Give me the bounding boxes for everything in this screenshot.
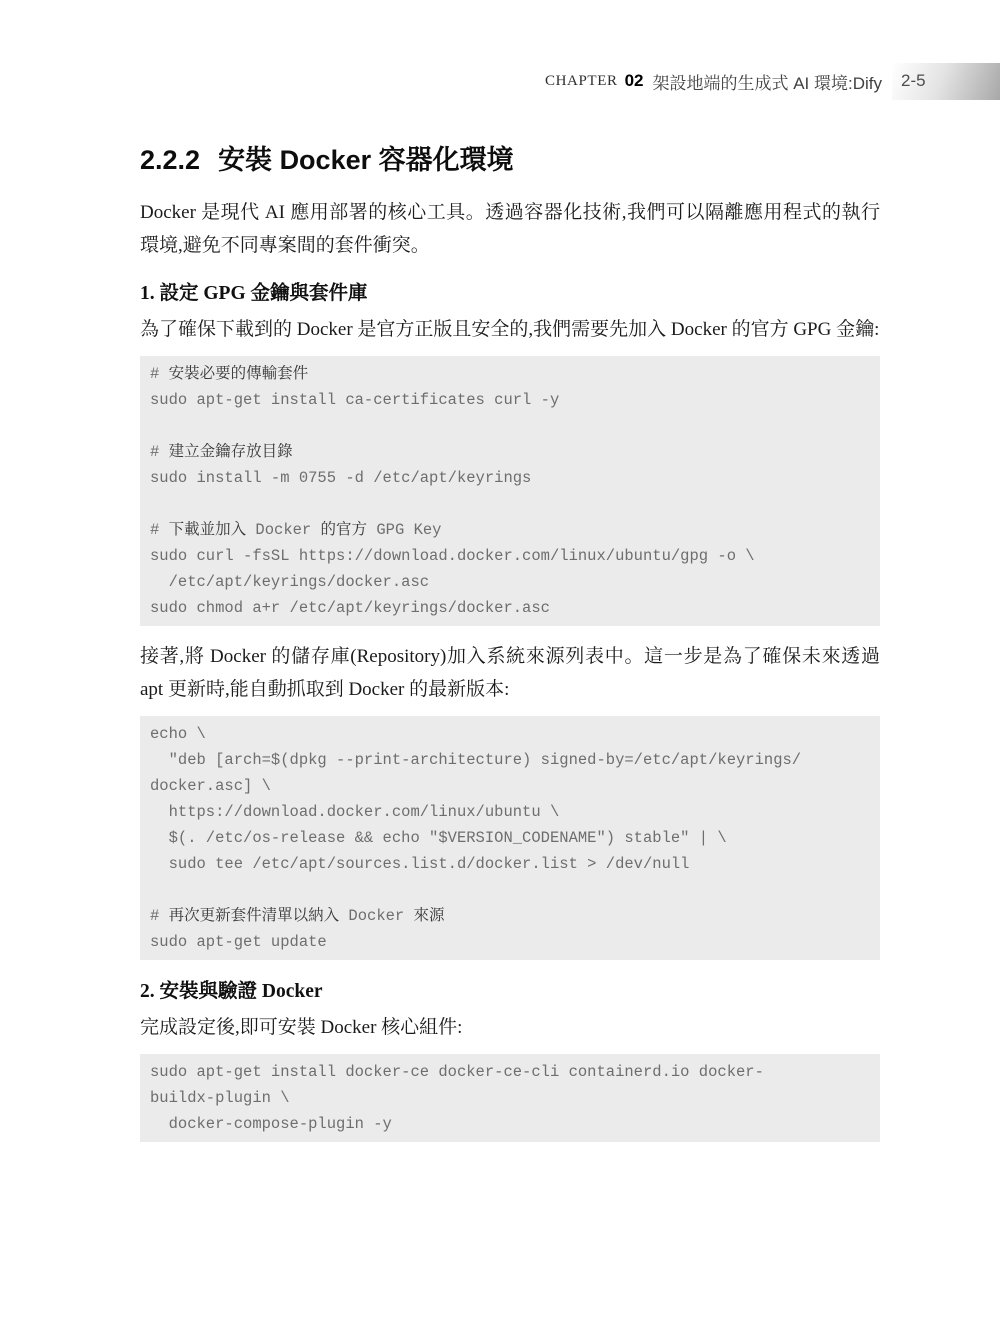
code-line: docker-compose-plugin -y [150, 1111, 870, 1137]
code-line: # 建立金鑰存放目錄 [150, 439, 870, 465]
running-header: CHAPTER 02 架設地端的生成式 AI 環境:Dify 2-5 [0, 62, 1000, 100]
code-line: docker.asc] \ [150, 773, 870, 799]
section-title: 安裝 Docker 容器化環境 [218, 145, 514, 176]
code-line: sudo apt-get install ca-certificates cur… [150, 387, 870, 413]
code-line: sudo tee /etc/apt/sources.list.d/docker.… [150, 851, 870, 877]
subsection-heading-install: 2. 安裝與驗證 Docker [140, 980, 880, 1003]
page-number: 2-5 [901, 71, 926, 91]
code-line: buildx-plugin \ [150, 1085, 870, 1111]
code-line: /etc/apt/keyrings/docker.asc [150, 569, 870, 595]
book-page: CHAPTER 02 架設地端的生成式 AI 環境:Dify 2-5 2.2.2… [0, 0, 1000, 1142]
section-number: 2.2.2 [140, 145, 200, 176]
code-line: sudo apt-get update [150, 929, 870, 955]
install-intro-paragraph: 完成設定後,即可安裝 Docker 核心組件: [140, 1011, 880, 1044]
subsection-heading-gpg: 1. 設定 GPG 金鑰與套件庫 [140, 282, 880, 305]
code-line: # 安裝必要的傳輸套件 [150, 361, 870, 387]
code-line: echo \ [150, 721, 870, 747]
code-line: # 再次更新套件清單以納入 Docker 來源 [150, 903, 870, 929]
code-line: "deb [arch=$(dpkg --print-architecture) … [150, 747, 870, 773]
intro-paragraph: Docker 是現代 AI 應用部署的核心工具。透過容器化技術,我們可以隔離應用… [140, 196, 880, 262]
code-block-repository: echo \ "deb [arch=$(dpkg --print-archite… [140, 716, 880, 960]
repo-intro-paragraph: 接著,將 Docker 的儲存庫(Repository)加入系統來源列表中。這一… [140, 640, 880, 706]
code-block-gpg-key: # 安裝必要的傳輸套件sudo apt-get install ca-certi… [140, 356, 880, 626]
page-content: 2.2.2 安裝 Docker 容器化環境 Docker 是現代 AI 應用部署… [0, 0, 1000, 1142]
code-line: sudo chmod a+r /etc/apt/keyrings/docker.… [150, 595, 870, 621]
code-line: $(. /etc/os-release && echo "$VERSION_CO… [150, 825, 870, 851]
code-line: sudo apt-get install docker-ce docker-ce… [150, 1059, 870, 1085]
chapter-label: CHAPTER [545, 73, 618, 90]
chapter-title: 架設地端的生成式 AI 環境:Dify [652, 69, 882, 94]
code-line [150, 413, 870, 439]
code-line [150, 877, 870, 903]
section-heading: 2.2.2 安裝 Docker 容器化環境 [140, 145, 880, 176]
code-line [150, 491, 870, 517]
code-line: # 下載並加入 Docker 的官方 GPG Key [150, 517, 870, 543]
page-number-bar: 2-5 [892, 63, 1000, 100]
code-line: https://download.docker.com/linux/ubuntu… [150, 799, 870, 825]
chapter-number: 02 [625, 71, 644, 91]
code-block-install: sudo apt-get install docker-ce docker-ce… [140, 1054, 880, 1142]
code-line: sudo install -m 0755 -d /etc/apt/keyring… [150, 465, 870, 491]
gpg-intro-paragraph: 為了確保下載到的 Docker 是官方正版且安全的,我們需要先加入 Docker… [140, 313, 880, 346]
code-line: sudo curl -fsSL https://download.docker.… [150, 543, 870, 569]
